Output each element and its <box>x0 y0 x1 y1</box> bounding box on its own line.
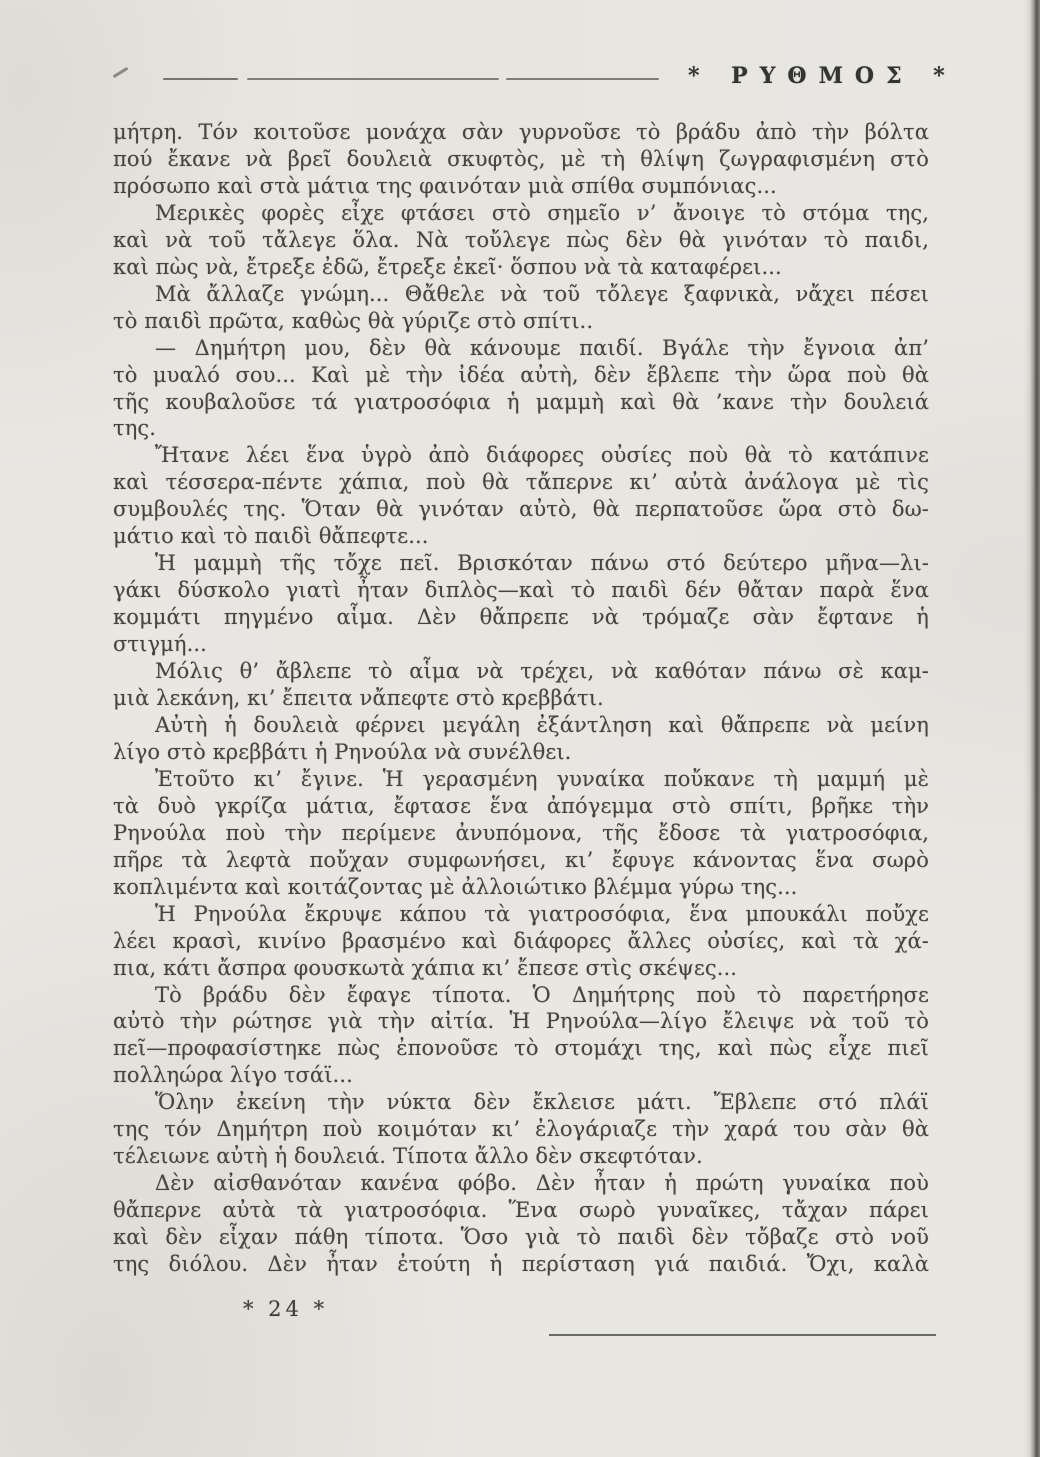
text-line: της διόλου. Δὲν ἦταν ἐτούτη ἡ περίσταση … <box>113 1251 929 1278</box>
text-line: πεῖ—προφασίστηκε πὼς ἐπονοῦσε τὸ στομάχι… <box>113 1035 929 1062</box>
text-line: Τὸ βράδυ δὲν ἔφαγε τίποτα. Ὁ Δημήτρης πο… <box>113 982 929 1009</box>
text-line: Μερικὲς φορὲς εἶχε φτάσει στὸ σημεῖο ν’ … <box>113 200 929 227</box>
text-line: Ἤτανε λέει ἕνα ὑγρὸ ἀπὸ διάφορες οὐσίες … <box>113 442 929 469</box>
header-rule <box>247 78 499 80</box>
running-title: * ΡΥΘΜΟΣ * <box>688 63 957 89</box>
header-rule <box>506 78 659 80</box>
text-line: Ἡ Ρηνούλα ἔκρυψε κάπου τὰ γιατροσόφια, ἕ… <box>113 901 929 928</box>
scan-mark <box>112 67 128 79</box>
text-line: συμβουλές της. Ὅταν θὰ γινόταν αὐτὸ, θὰ … <box>113 496 929 523</box>
text-line: πῆρε τὰ λεφτὰ ποὔχαν συμφωνήσει, κι’ ἔφυ… <box>113 847 929 874</box>
header-rule <box>163 78 238 80</box>
page-number: * 24 * <box>243 1297 328 1321</box>
text-line: Ἡ μαμμὴ τῆς τὄχε πεῖ. Βρισκόταν πάνω στό… <box>113 550 929 577</box>
text-line: κοπλιμέντα καὶ κοιτάζοντας μὲ ἀλλοιώτικο… <box>113 874 929 901</box>
text-line: καὶ νὰ τοῦ τἄλεγε ὅλα. Νὰ τοὔλεγε πὼς δὲ… <box>113 227 929 254</box>
text-line: Δὲν αἰσθανόταν κανένα φόβο. Δὲν ἦταν ἡ π… <box>113 1170 929 1197</box>
book-page: * ΡΥΘΜΟΣ * μήτρη. Τόν κοιτοῦσε μονάχα σὰ… <box>0 0 1040 1457</box>
text-line: — Δημήτρη μου, δὲν θὰ κάνουμε παιδί. Βγά… <box>113 335 929 362</box>
text-line: αὐτὸ τὴν ρώτησε γιὰ τὴν αἰτία. Ἡ Ρηνούλα… <box>113 1008 929 1035</box>
text-line: τέλειωνε αὐτὴ ἡ δουλειά. Τίποτα ἄλλο δὲν… <box>113 1143 929 1170</box>
text-line: της τόν Δημήτρη ποὺ κοιμόταν κι’ ἐλογάρι… <box>113 1116 929 1143</box>
text-line: καὶ πὼς νὰ, ἔτρεξε ἐδῶ, ἔτρεξε ἐκεῖ· ὅσπ… <box>113 254 929 281</box>
text-line: καὶ δὲν εἶχαν πάθη τίποτα. Ὅσο γιὰ τὸ πα… <box>113 1224 929 1251</box>
text-line: μήτρη. Τόν κοιτοῦσε μονάχα σὰν γυρνοῦσε … <box>113 119 929 146</box>
text-line: πια, κάτι ἄσπρα φουσκωτὰ χάπια κι’ ἔπεσε… <box>113 955 929 982</box>
text-line: τῆς κουβαλοῦσε τά γιατροσόφια ἡ μαμμὴ κα… <box>113 389 929 416</box>
text-line: καὶ τέσσερα-πέντε χάπια, ποὺ θὰ τἄπερνε … <box>113 469 929 496</box>
text-line: λίγο στὸ κρεββάτι ἡ Ρηνούλα νὰ συνέλθει. <box>113 739 929 766</box>
text-line: τὰ δυὸ γκρίζα μάτια, ἔφτασε ἕνα ἀπόγεμμα… <box>113 793 929 820</box>
text-line: πολληώρα λίγο τσάϊ... <box>113 1062 929 1089</box>
text-line: Μόλις θ’ ἄβλεπε τὸ αἷμα νὰ τρέχει, νὰ κα… <box>113 658 929 685</box>
text-line: Αὐτὴ ἡ δουλειὰ φέρνει μεγάλη ἐξάντληση κ… <box>113 712 929 739</box>
footer-rule <box>549 1334 936 1336</box>
text-line: κομμάτι πηγμένο αἷμα. Δὲν θἄπρεπε νὰ τρό… <box>113 604 929 631</box>
text-line: Ἐτοῦτο κι’ ἔγινε. Ἡ γερασμένη γυναίκα πο… <box>113 766 929 793</box>
text-line: Μὰ ἄλλαζε γνώμη... Θἄθελε νὰ τοῦ τὄλεγε … <box>113 281 929 308</box>
text-block: μήτρη. Τόν κοιτοῦσε μονάχα σὰν γυρνοῦσε … <box>113 119 929 1278</box>
text-line: λέει κρασὶ, κινίνο βρασμένο καὶ διάφορες… <box>113 928 929 955</box>
text-line: μάτιο καὶ τὸ παιδὶ θἄπεφτε... <box>113 523 929 550</box>
text-line: της. <box>113 415 929 442</box>
text-line: τὸ μυαλό σου... Καὶ μὲ τὴν ἰδέα αὐτὴ, δὲ… <box>113 362 929 389</box>
text-line: πρόσωπο καὶ στὰ μάτια της φαινόταν μιὰ σ… <box>113 173 929 200</box>
text-line: πού ἔκανε νὰ βρεῖ δουλειὰ σκυφτὸς, μὲ τὴ… <box>113 146 929 173</box>
scan-edge-shadow <box>1024 0 1040 1457</box>
text-line: γάκι δύσκολο γιατὶ ἦταν διπλὸς—καὶ τὸ πα… <box>113 577 929 604</box>
text-line: θἄπερνε αὐτὰ τὰ γιατροσόφια. Ἕνα σωρὸ γυ… <box>113 1197 929 1224</box>
text-line: Ὅλην ἐκείνη τὴν νύκτα δὲν ἔκλεισε μάτι. … <box>113 1089 929 1116</box>
text-line: τὸ παιδὶ πρῶτα, καθὼς θὰ γύριζε στὸ σπίτ… <box>113 308 929 335</box>
text-line: μιὰ λεκάνη, κι’ ἔπειτα νἄπεφτε στὸ κρεββ… <box>113 685 929 712</box>
text-line: στιγμή... <box>113 631 929 658</box>
text-line: Ρηνούλα ποὺ τὴν περίμενε ἀνυπόμονα, τῆς … <box>113 820 929 847</box>
